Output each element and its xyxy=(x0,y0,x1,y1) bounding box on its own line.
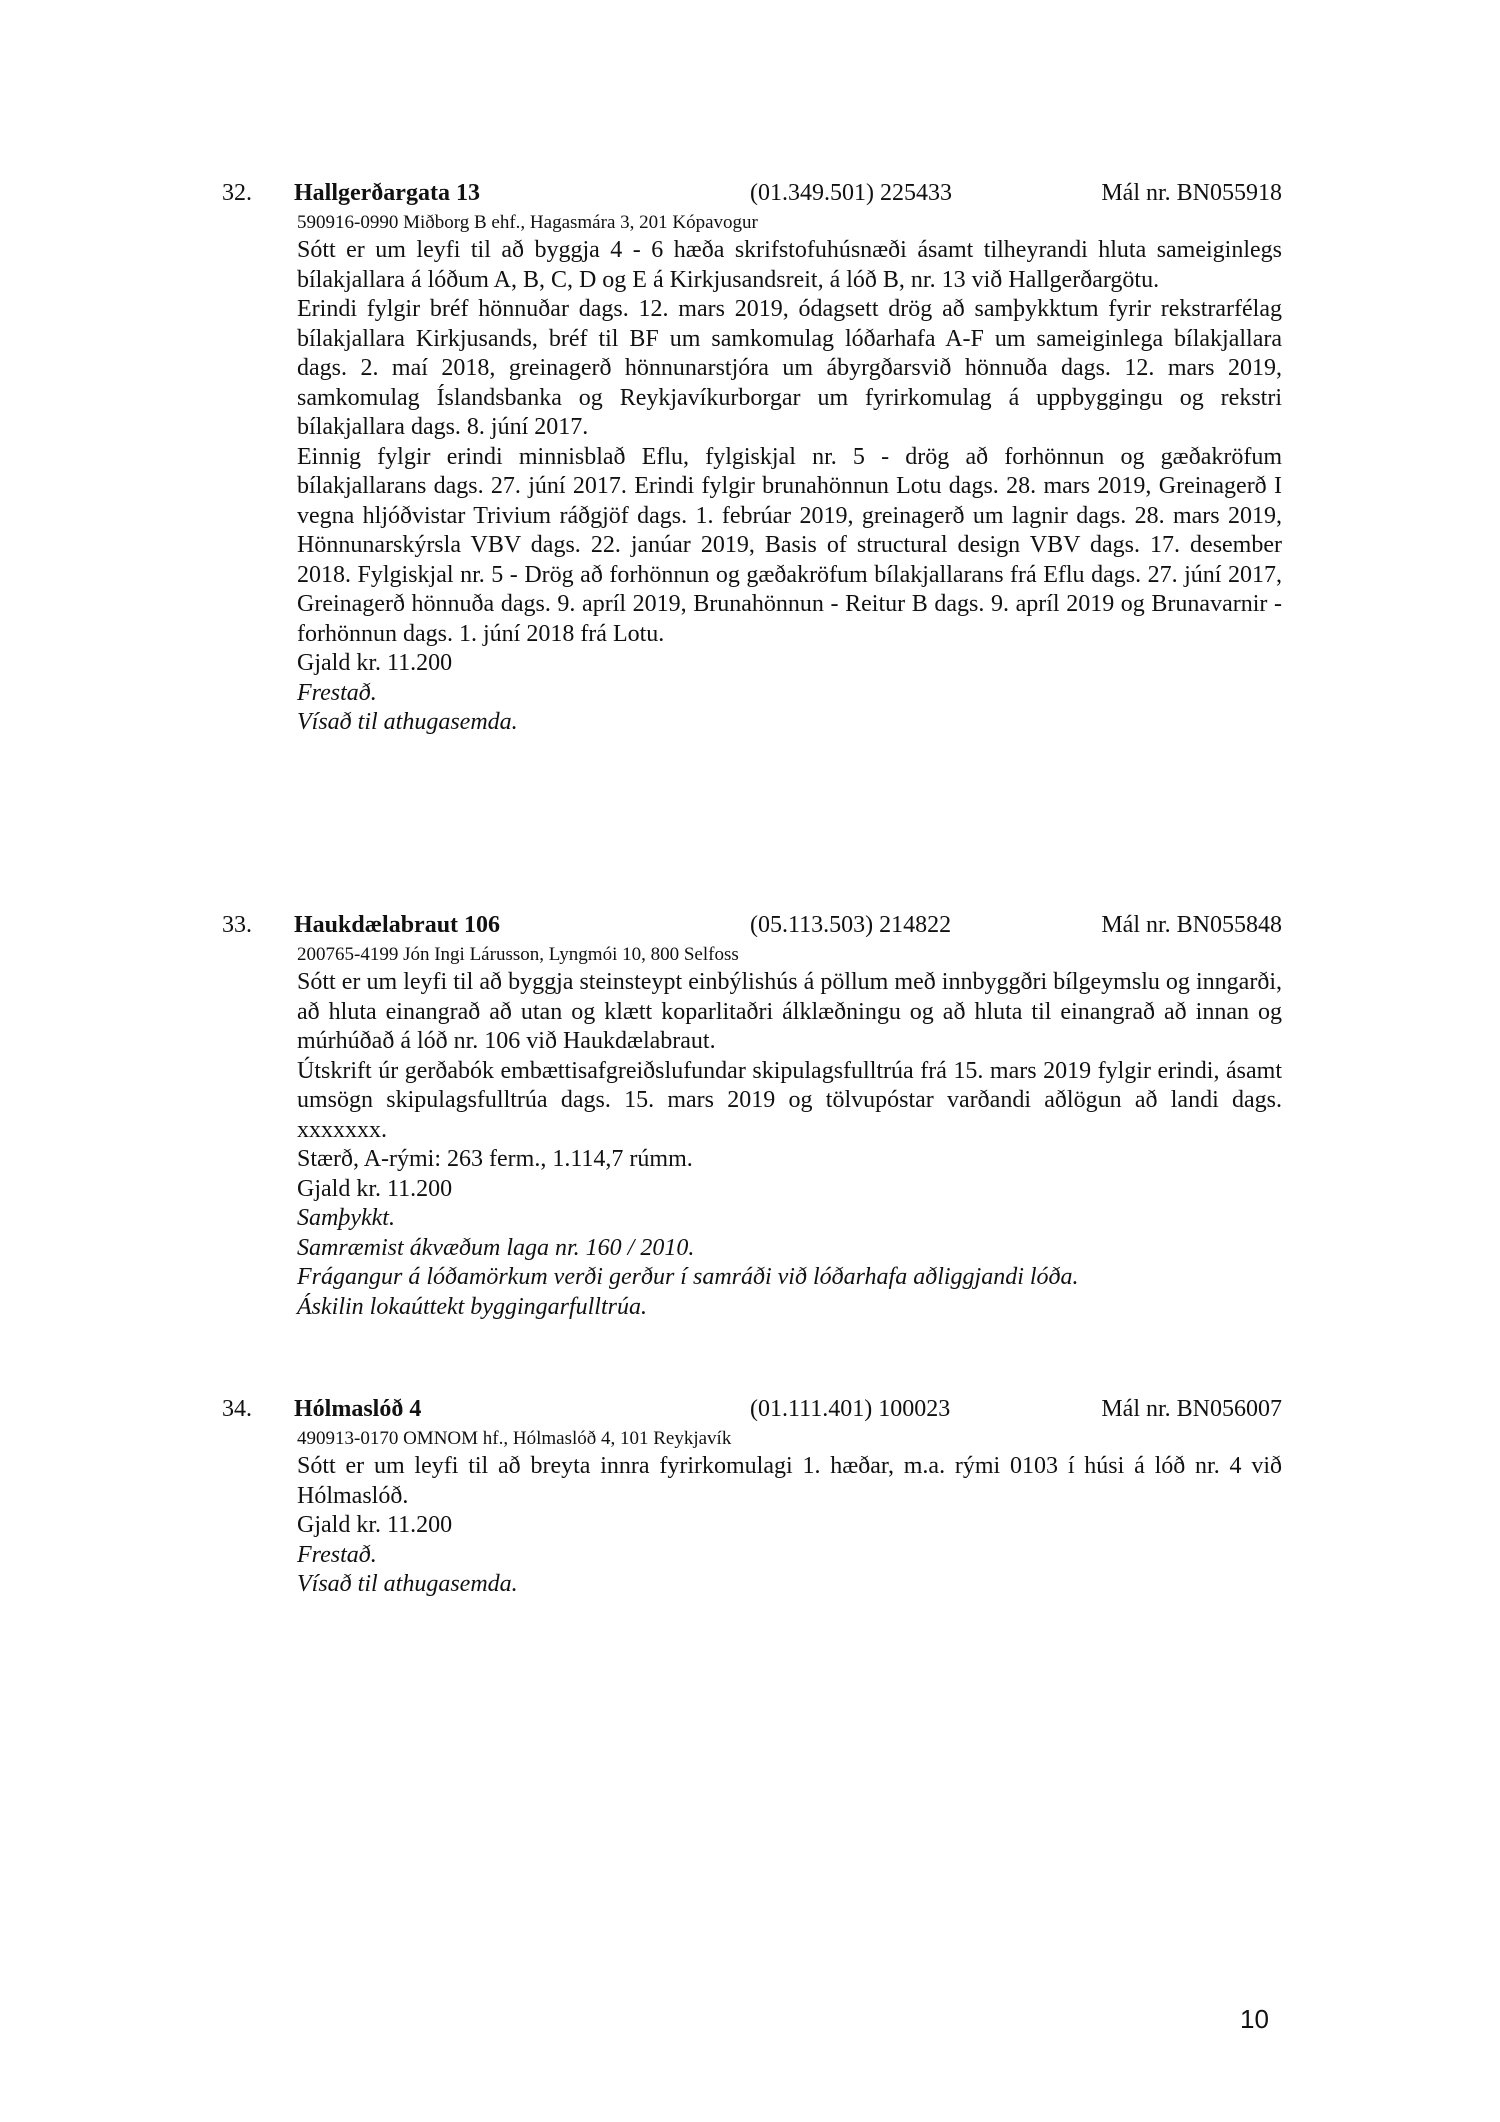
entry-title: Hallgerðargata 13 xyxy=(294,178,480,208)
entry-body: 590916-0990 Miðborg B ehf., Hagasmára 3,… xyxy=(297,210,1282,738)
case-entry: 32. Hallgerðargata 13 (01.349.501) 22543… xyxy=(222,178,1282,738)
attachments-paragraph: Einnig fylgir erindi minnisblað Eflu, fy… xyxy=(297,443,1282,650)
decision: Samþykkt. xyxy=(297,1204,1282,1234)
applicant: 590916-0990 Miðborg B ehf., Hagasmára 3,… xyxy=(297,210,1282,236)
description-paragraph: Sótt er um leyfi til að breyta innra fyr… xyxy=(297,1452,1282,1511)
decision: Samræmist ákvæðum laga nr. 160 / 2010. xyxy=(297,1234,1282,1264)
entry-header: 34. Hólmaslóð 4 (01.111.401) 100023 Mál … xyxy=(222,1394,1282,1424)
fee: Gjald kr. 11.200 xyxy=(297,1175,1282,1205)
entry-number: 34. xyxy=(222,1394,252,1424)
entry-title: Haukdælabraut 106 xyxy=(294,910,500,940)
entry-header: 32. Hallgerðargata 13 (01.349.501) 22543… xyxy=(222,178,1282,208)
page-number: 10 xyxy=(1240,2004,1269,2034)
decision: Vísað til athugasemda. xyxy=(297,708,1282,738)
entry-title: Hólmaslóð 4 xyxy=(294,1394,421,1424)
decision: Frestað. xyxy=(297,679,1282,709)
entry-number: 33. xyxy=(222,910,252,940)
attachments-paragraph: Erindi fylgir bréf hönnuðar dags. 12. ma… xyxy=(297,295,1282,443)
decision: Frestað. xyxy=(297,1541,1282,1571)
entry-number: 32. xyxy=(222,178,252,208)
case-entry: 34. Hólmaslóð 4 (01.111.401) 100023 Mál … xyxy=(222,1394,1282,1600)
entry-body: 200765-4199 Jón Ingi Lárusson, Lyngmói 1… xyxy=(297,942,1282,1322)
size: Stærð, A-rými: 263 ferm., 1.114,7 rúmm. xyxy=(297,1145,1282,1175)
decision: Áskilin lokaúttekt byggingarfulltrúa. xyxy=(297,1293,1282,1323)
applicant: 200765-4199 Jón Ingi Lárusson, Lyngmói 1… xyxy=(297,942,1282,968)
case-number: Mál nr. BN055918 xyxy=(1101,178,1282,208)
case-number: Mál nr. BN056007 xyxy=(1101,1394,1282,1424)
property-reference: (05.113.503) 214822 xyxy=(750,910,951,940)
property-reference: (01.111.401) 100023 xyxy=(750,1394,950,1424)
fee: Gjald kr. 11.200 xyxy=(297,649,1282,679)
applicant: 490913-0170 OMNOM hf., Hólmaslóð 4, 101 … xyxy=(297,1426,1282,1452)
document-page: 32. Hallgerðargata 13 (01.349.501) 22543… xyxy=(0,0,1500,2122)
description-paragraph: Sótt er um leyfi til að byggja 4 - 6 hæð… xyxy=(297,236,1282,295)
entry-body: 490913-0170 OMNOM hf., Hólmaslóð 4, 101 … xyxy=(297,1426,1282,1600)
property-reference: (01.349.501) 225433 xyxy=(750,178,952,208)
decision: Frágangur á lóðamörkum verði gerður í sa… xyxy=(297,1263,1282,1293)
fee: Gjald kr. 11.200 xyxy=(297,1511,1282,1541)
case-number: Mál nr. BN055848 xyxy=(1101,910,1282,940)
case-entry: 33. Haukdælabraut 106 (05.113.503) 21482… xyxy=(222,910,1282,1322)
entry-header: 33. Haukdælabraut 106 (05.113.503) 21482… xyxy=(222,910,1282,940)
decision: Vísað til athugasemda. xyxy=(297,1570,1282,1600)
attachments-paragraph: Útskrift úr gerðabók embættisafgreiðsluf… xyxy=(297,1057,1282,1146)
description-paragraph: Sótt er um leyfi til að byggja steinstey… xyxy=(297,968,1282,1057)
